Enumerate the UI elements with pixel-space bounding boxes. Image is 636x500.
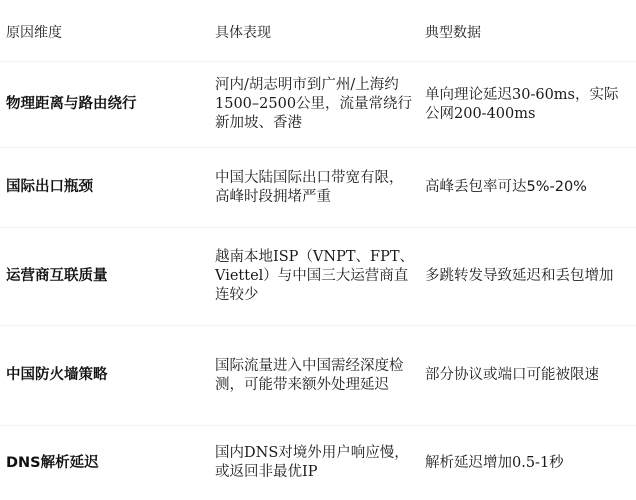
row-typical-data: 多跳转发导致延迟和丢包增加 <box>420 267 636 286</box>
table-row: 中国防火墙策略 国际流量进入中国需经深度检测，可能带来额外处理延迟 部分协议或端… <box>0 326 636 426</box>
row-typical-data: 高峰丢包率可达5%-20% <box>420 178 636 197</box>
row-factor: 国际出口瓶颈 <box>0 178 210 197</box>
table-row: 运营商互联质量 越南本地ISP（VNPT、FPT、Viettel）与中国三大运营… <box>0 228 636 326</box>
row-manifestation: 越南本地ISP（VNPT、FPT、Viettel）与中国三大运营商直连较少 <box>210 248 420 305</box>
row-factor: DNS解析延迟 <box>0 454 210 473</box>
row-factor: 物理距离与路由绕行 <box>0 95 210 114</box>
row-typical-data: 解析延迟增加0.5-1秒 <box>420 454 636 473</box>
row-manifestation: 国际流量进入中国需经深度检测，可能带来额外处理延迟 <box>210 357 420 395</box>
row-typical-data: 单向理论延迟30-60ms，实际公网200-400ms <box>420 86 636 124</box>
row-factor: 运营商互联质量 <box>0 267 210 286</box>
cause-table: 原因维度 具体表现 典型数据 物理距离与路由绕行 河内/胡志明市到广州/上海约1… <box>0 0 636 500</box>
row-manifestation: 国内DNS对境外用户响应慢，或返回非最优IP <box>210 444 420 482</box>
row-manifestation: 中国大陆国际出口带宽有限，高峰时段拥堵严重 <box>210 169 420 207</box>
row-manifestation: 河内/胡志明市到广州/上海约1500–2500公里，流量常绕行新加坡、香港 <box>210 76 420 133</box>
row-typical-data: 部分协议或端口可能被限速 <box>420 366 636 385</box>
table-header-row: 原因维度 具体表现 典型数据 <box>0 0 636 62</box>
table-row: DNS解析延迟 国内DNS对境外用户响应慢，或返回非最优IP 解析延迟增加0.5… <box>0 426 636 500</box>
header-factor: 原因维度 <box>0 24 210 43</box>
header-manifestation: 具体表现 <box>210 24 420 43</box>
row-factor: 中国防火墙策略 <box>0 366 210 385</box>
table-row: 国际出口瓶颈 中国大陆国际出口带宽有限，高峰时段拥堵严重 高峰丢包率可达5%-2… <box>0 148 636 228</box>
table-row: 物理距离与路由绕行 河内/胡志明市到广州/上海约1500–2500公里，流量常绕… <box>0 62 636 148</box>
header-typical-data: 典型数据 <box>420 24 636 43</box>
